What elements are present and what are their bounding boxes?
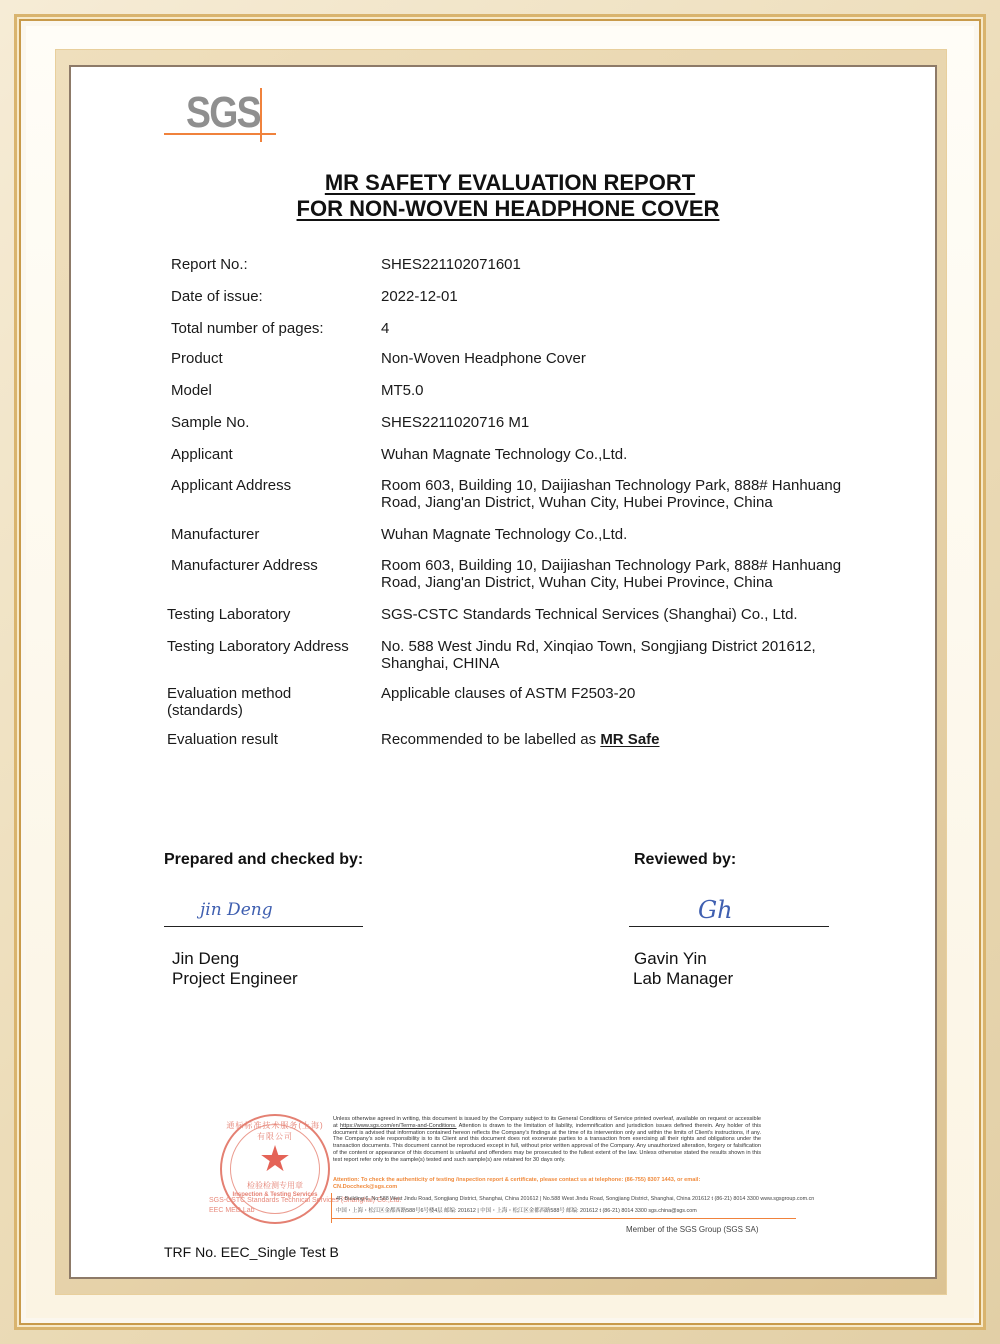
field-label-applicant-address: Applicant Address bbox=[171, 477, 371, 494]
field-value-applicant: Wuhan Magnate Technology Co.,Ltd. bbox=[381, 446, 861, 463]
logo-vertical-rule bbox=[260, 88, 262, 142]
terms-link[interactable]: https://www.sgs.com/en/Terms-and-Conditi… bbox=[340, 1123, 457, 1129]
legal-disclaimer: Unless otherwise agreed in writing, this… bbox=[333, 1116, 761, 1164]
certificate-page bbox=[71, 67, 935, 1277]
report-title-line2: FOR NON-WOVEN HEADPHONE COVER bbox=[8, 196, 1000, 222]
field-label-model: Model bbox=[171, 382, 371, 399]
field-label-evaluation-method-line2: (standards) bbox=[167, 702, 367, 719]
prepared-by-heading: Prepared and checked by: bbox=[164, 851, 363, 869]
field-value-testing-lab-address-line1: No. 588 West Jindu Rd, Xinqiao Town, Son… bbox=[381, 638, 861, 655]
reviewed-signature: Gh bbox=[698, 896, 733, 924]
disclaimer-text-after: Attention is drawn to the limitation of … bbox=[333, 1123, 761, 1163]
field-value-total-pages: 4 bbox=[381, 320, 861, 337]
field-value-applicant-address-line2: Road, Jiang'an District, Wuhan City, Hub… bbox=[381, 494, 861, 511]
address-chinese: 中国・上海・松江区金都西路588号6号楼4层 邮编: 201612 | 中国・上… bbox=[336, 1206, 697, 1214]
field-value-testing-laboratory: SGS-CSTC Standards Technical Services (S… bbox=[381, 606, 861, 623]
field-value-sample-no: SHES2211020716 M1 bbox=[381, 414, 861, 431]
field-label-total-pages: Total number of pages: bbox=[171, 320, 371, 337]
address-english: 4F, Building 6, No.588 West Jindu Road, … bbox=[336, 1196, 814, 1202]
field-label-testing-lab-address: Testing Laboratory Address bbox=[167, 638, 367, 655]
sgs-group-member: Member of the SGS Group (SGS SA) bbox=[626, 1225, 759, 1234]
field-value-testing-lab-address-line2: Shanghai, CHINA bbox=[381, 655, 861, 672]
prepared-signature: jin Deng bbox=[200, 900, 273, 920]
field-label-sample-no: Sample No. bbox=[171, 414, 371, 431]
field-value-date-of-issue: 2022-12-01 bbox=[381, 288, 861, 305]
field-label-manufacturer: Manufacturer bbox=[171, 526, 371, 543]
field-value-product: Non-Woven Headphone Cover bbox=[381, 350, 861, 367]
sgs-logo: SGS bbox=[164, 88, 279, 144]
stamp-center-cn: 检验检测专用章 bbox=[222, 1180, 328, 1191]
field-label-date-of-issue: Date of issue: bbox=[171, 288, 371, 305]
field-value-model: MT5.0 bbox=[381, 382, 861, 399]
field-label-report-no: Report No.: bbox=[171, 256, 371, 273]
authenticity-attention: Attention: To check the authenticity of … bbox=[333, 1177, 763, 1191]
reviewed-by-heading: Reviewed by: bbox=[634, 851, 736, 869]
field-value-manufacturer-address-line1: Room 603, Building 10, Daijiashan Techno… bbox=[381, 557, 861, 574]
evaluation-result-text: Recommended to be labelled as bbox=[381, 731, 600, 748]
reviewed-by-title: Lab Manager bbox=[633, 969, 733, 989]
field-value-report-no: SHES221102071601 bbox=[381, 256, 861, 273]
field-label-manufacturer-address: Manufacturer Address bbox=[171, 557, 371, 574]
field-label-product: Product bbox=[171, 350, 371, 367]
reviewed-by-name: Gavin Yin bbox=[634, 949, 707, 969]
prepared-by-name: Jin Deng bbox=[172, 949, 239, 969]
field-label-evaluation-result: Evaluation result bbox=[167, 731, 367, 748]
address-horizontal-rule bbox=[331, 1218, 796, 1219]
prepared-signature-line bbox=[164, 926, 363, 927]
field-label-testing-laboratory: Testing Laboratory bbox=[167, 606, 367, 623]
field-value-manufacturer: Wuhan Magnate Technology Co.,Ltd. bbox=[381, 526, 861, 543]
field-label-applicant: Applicant bbox=[171, 446, 371, 463]
field-value-evaluation-result: Recommended to be labelled as MR Safe bbox=[381, 731, 861, 748]
trf-number: TRF No. EEC_Single Test B bbox=[164, 1244, 339, 1260]
field-value-evaluation-method: Applicable clauses of ASTM F2503-20 bbox=[381, 685, 861, 702]
reviewed-signature-line bbox=[629, 926, 829, 927]
report-title-line1: MR SAFETY EVALUATION REPORT bbox=[10, 170, 1000, 196]
stamp-side-lab: EEC MED Lab bbox=[209, 1207, 255, 1214]
sgs-logo-text: SGS bbox=[186, 88, 260, 138]
field-value-manufacturer-address-line2: Road, Jiang'an District, Wuhan City, Hub… bbox=[381, 574, 861, 591]
star-icon: ★ bbox=[222, 1138, 328, 1180]
field-value-applicant-address-line1: Room 603, Building 10, Daijiashan Techno… bbox=[381, 477, 861, 494]
mr-safe-label: MR Safe bbox=[600, 731, 659, 748]
field-label-evaluation-method-line1: Evaluation method bbox=[167, 685, 367, 702]
prepared-by-title: Project Engineer bbox=[172, 969, 298, 989]
